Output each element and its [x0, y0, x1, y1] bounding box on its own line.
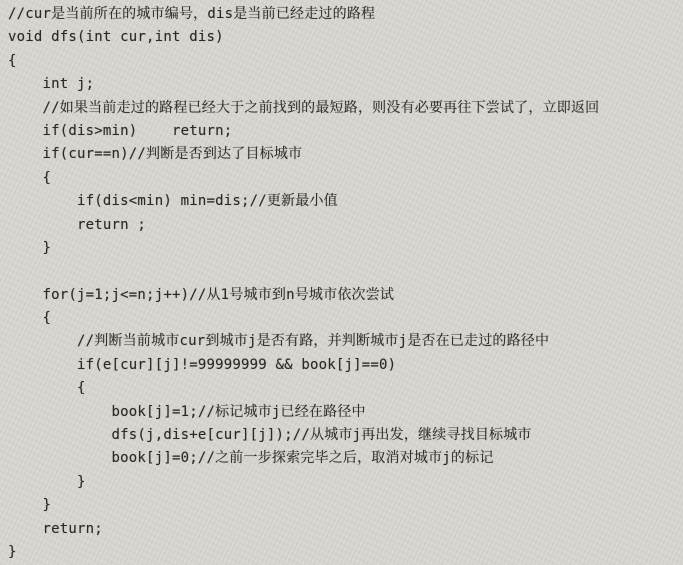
code-line: //如果当前走过的路程已经大于之前找到的最短路，则没有必要再往下尝试了，立即返回 — [8, 97, 679, 120]
code-line: } — [8, 471, 679, 494]
code-line: void dfs(int cur,int dis) — [8, 26, 679, 49]
code-line: if(dis<min) min=dis;//更新最小值 — [8, 190, 679, 213]
code-line: int j; — [8, 73, 679, 96]
code-line: if(dis>min) return; — [8, 120, 679, 143]
code-line: } — [8, 541, 679, 564]
code-line: { — [8, 307, 679, 330]
code-line: if(cur==n)//判断是否到达了目标城市 — [8, 143, 679, 166]
code-line: if(e[cur][j]!=99999999 && book[j]==0) — [8, 354, 679, 377]
code-line: return; — [8, 518, 679, 541]
code-line-blank — [8, 260, 679, 283]
code-line: { — [8, 167, 679, 190]
code-snippet: //cur是当前所在的城市编号，dis是当前已经走过的路程 void dfs(i… — [0, 0, 683, 565]
code-line: } — [8, 237, 679, 260]
code-line: book[j]=0;//之前一步探索完毕之后，取消对城市j的标记 — [8, 447, 679, 470]
code-line: for(j=1;j<=n;j++)//从1号城市到n号城市依次尝试 — [8, 284, 679, 307]
code-line: return ; — [8, 214, 679, 237]
code-line: dfs(j,dis+e[cur][j]);//从城市j再出发，继续寻找目标城市 — [8, 424, 679, 447]
code-line: //cur是当前所在的城市编号，dis是当前已经走过的路程 — [8, 3, 679, 26]
code-line: book[j]=1;//标记城市j已经在路径中 — [8, 401, 679, 424]
code-line: //判断当前城市cur到城市j是否有路，并判断城市j是否在已走过的路径中 — [8, 330, 679, 353]
code-line: { — [8, 377, 679, 400]
code-line: { — [8, 50, 679, 73]
code-line: } — [8, 494, 679, 517]
